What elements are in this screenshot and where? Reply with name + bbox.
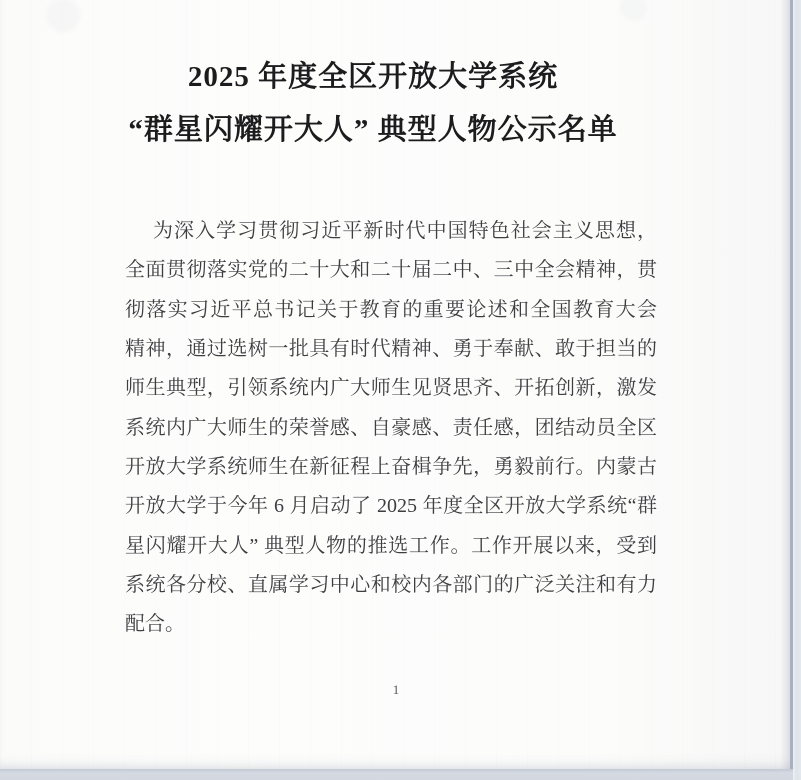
body-line: 星闪耀开大人” 典型人物的推选工作。工作开展以来，受到 bbox=[125, 527, 657, 566]
body-line: 精神，通过选树一批具有时代精神、勇于奉献、敢于担当的 bbox=[125, 330, 657, 369]
body-line: 彻落实习近平总书记关于教育的重要论述和全国教育大会 bbox=[125, 291, 657, 330]
document-paragraph: 为深入学习贯彻习近平新时代中国特色社会主义思想， 全面贯彻落实党的二十大和二十届… bbox=[125, 212, 657, 645]
document-page: 2025 年度全区开放大学系统 “群星闪耀开大人” 典型人物公示名单 为深入学习… bbox=[0, 0, 792, 769]
body-line: 配合。 bbox=[125, 605, 657, 644]
body-line: 系统内广大师生的荣誉感、自豪感、责任感，团结动员全区 bbox=[125, 409, 657, 448]
page-edge-shadow bbox=[780, 0, 790, 769]
body-line: 全面贯彻落实党的二十大和二十届二中、三中全会精神，贯 bbox=[125, 251, 657, 290]
scan-edge-bottom-strip bbox=[0, 769, 793, 780]
document-title-line-2: “群星闪耀开大人” 典型人物公示名单 bbox=[53, 110, 693, 150]
body-line: 师生典型，引领系统内广大师生见贤思齐、开拓创新，激发 bbox=[125, 369, 657, 408]
body-line: 为深入学习贯彻习近平新时代中国特色社会主义思想， bbox=[125, 212, 657, 251]
document-title-line-1: 2025 年度全区开放大学系统 bbox=[53, 57, 693, 97]
scan-outer-strip-right bbox=[793, 0, 801, 780]
scanned-document-view: 2025 年度全区开放大学系统 “群星闪耀开大人” 典型人物公示名单 为深入学习… bbox=[0, 0, 801, 780]
body-line: 开放大学于今年 6 月启动了 2025 年度全区开放大学系统“群 bbox=[125, 487, 657, 526]
body-line: 开放大学系统师生在新征程上奋楫争先，勇毅前行。内蒙古 bbox=[125, 448, 657, 487]
body-line: 系统各分校、直属学习中心和校内各部门的广泛关注和有力 bbox=[125, 566, 657, 605]
page-number: 1 bbox=[0, 682, 792, 698]
